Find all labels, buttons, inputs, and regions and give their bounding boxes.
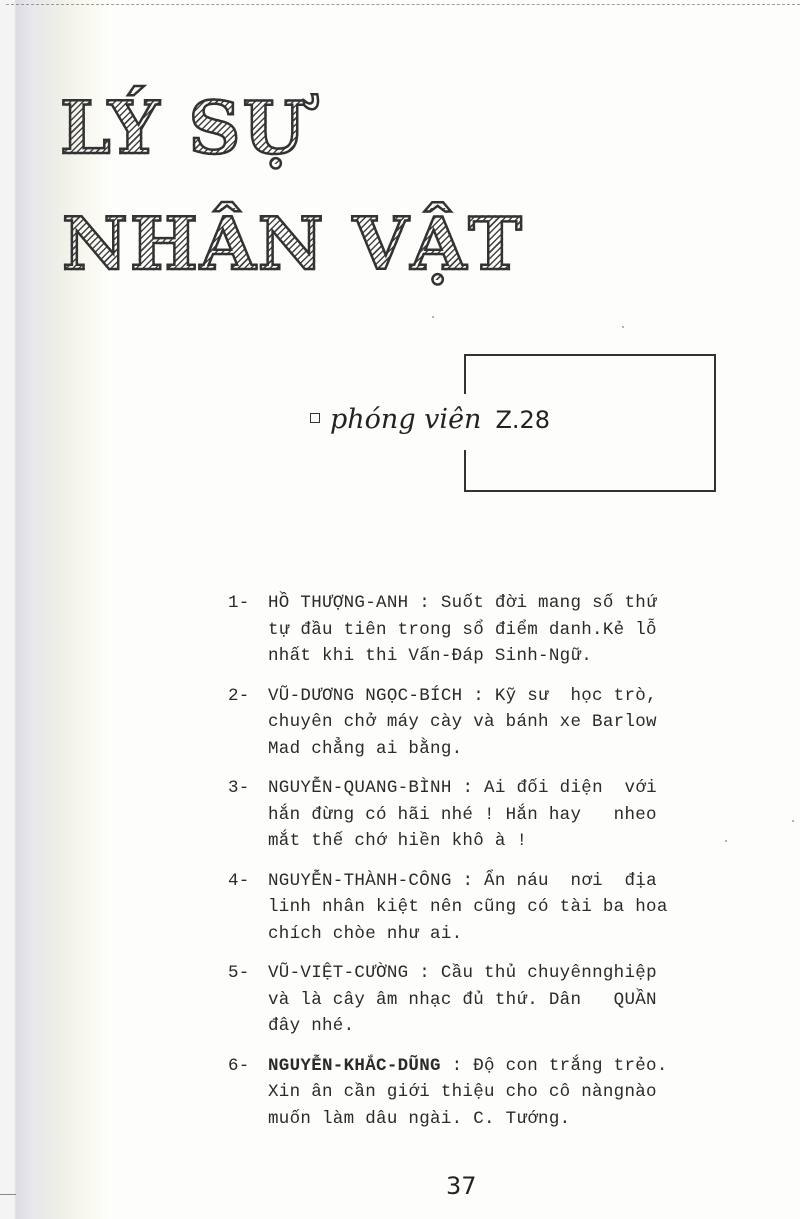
byline-box-left-edge-top [464,354,466,394]
entry-body: HỒ THƯỢNG-ANH : Suốt đời mang số thứtự đ… [268,590,788,670]
entry-line: hắn đừng có hãi nhé ! Hắn hay nheo [268,802,788,829]
entry-line: đây nhé. [268,1013,788,1040]
entry-line: Mad chẳng ai bằng. [268,736,788,763]
list-item: 1-HỒ THƯỢNG-ANH : Suốt đời mang số thứtự… [228,590,788,670]
list-item: 6-NGUYỄN-KHẮC-DŨNG : Độ con trắng trẻo.X… [228,1053,788,1133]
top-edge-rule [6,4,800,5]
entry-text: : Kỹ sư học trò, [462,686,656,706]
entry-number: 6- [228,1053,268,1133]
byline-code: Z.28 [495,406,550,434]
entry-line: NGUYỄN-QUANG-BÌNH : Ai đối diện với [268,775,788,802]
entry-text: : Cầu thủ chuyênnghiệp [408,963,656,983]
page-number: 37 [446,1172,477,1200]
entry-text: chích chòe như ai. [268,924,462,944]
entry-line: muốn làm dâu ngài. C. Tướng. [268,1106,788,1133]
entry-line: chuyên chở máy cày và bánh xe Barlow [268,709,788,736]
list-item: 2-VŨ-DƯƠNG NGỌC-BÍCH : Kỹ sư học trò,chu… [228,683,788,763]
entry-body: NGUYỄN-QUANG-BÌNH : Ai đối diện vớihắn đ… [268,775,788,855]
entry-line: NGUYỄN-THÀNH-CÔNG : Ẩn náu nơi địa [268,868,788,895]
entry-name: VŨ-VIỆT-CƯỜNG [268,963,408,983]
entry-line: linh nhân kiệt nên cũng có tài ba hoa [268,894,788,921]
entry-name: NGUYỄN-QUANG-BÌNH [268,778,452,798]
entry-text: : Ai đối diện với [452,778,657,798]
byline: phóng viênZ.28 [310,404,550,435]
scan-speck [725,840,727,842]
entry-line: và là cây âm nhạc đủ thứ. Dân QUẦN [268,987,788,1014]
entry-number: 5- [228,960,268,1040]
entry-text: chuyên chở máy cày và bánh xe Barlow [268,712,657,732]
entry-number: 1- [228,590,268,670]
title-line-2: NHÂN VẬT [62,208,524,280]
entry-line: VŨ-VIỆT-CƯỜNG : Cầu thủ chuyênnghiệp [268,960,788,987]
list-item: 3-NGUYỄN-QUANG-BÌNH : Ai đối diện vớihắn… [228,775,788,855]
scan-speck [622,326,624,328]
scan-speck [432,316,434,318]
entry-line: NGUYỄN-KHẮC-DŨNG : Độ con trắng trẻo. [268,1053,788,1080]
margin-tick [0,1194,16,1195]
entry-text: hắn đừng có hãi nhé ! Hắn hay nheo [268,805,657,825]
list-item: 4-NGUYỄN-THÀNH-CÔNG : Ẩn náu nơi địalinh… [228,868,788,948]
entry-text: : Suốt đời mang số thứ [408,593,656,613]
list-item: 5-VŨ-VIỆT-CƯỜNG : Cầu thủ chuyênnghiệpvà… [228,960,788,1040]
entry-body: NGUYỄN-THÀNH-CÔNG : Ẩn náu nơi địalinh n… [268,868,788,948]
entry-text: nhất khi thi Vấn-Đáp Sinh-Ngữ. [268,646,592,666]
entry-text: linh nhân kiệt nên cũng có tài ba hoa [268,897,668,917]
entry-line: nhất khi thi Vấn-Đáp Sinh-Ngữ. [268,643,788,670]
entry-text: đây nhé. [268,1016,354,1036]
title-line-1: LÝ SỰ [60,92,307,164]
byline-text: phóng viên [330,404,481,435]
entry-name: NGUYỄN-THÀNH-CÔNG [268,871,452,891]
scan-speck [792,820,794,822]
page-binding-shadow [0,0,110,1219]
entry-name: HỒ THƯỢNG-ANH [268,593,408,613]
entry-line: VŨ-DƯƠNG NGỌC-BÍCH : Kỹ sư học trò, [268,683,788,710]
entry-text: : Ẩn náu nơi địa [452,871,657,891]
entry-name: NGUYỄN-KHẮC-DŨNG [268,1056,441,1076]
entry-line: tự đầu tiên trong sổ điểm danh.Kẻ lỗ [268,617,788,644]
entry-line: Xin ân cần giới thiệu cho cô nàngnào [268,1079,788,1106]
entry-line: mắt thế chớ hiền khô à ! [268,828,788,855]
entry-line: chích chòe như ai. [268,921,788,948]
entry-body: NGUYỄN-KHẮC-DŨNG : Độ con trắng trẻo.Xin… [268,1053,788,1133]
entry-text: Mad chẳng ai bằng. [268,739,462,759]
entry-number: 4- [228,868,268,948]
entry-text: Xin ân cần giới thiệu cho cô nàngnào [268,1082,657,1102]
entry-text: và là cây âm nhạc đủ thứ. Dân QUẦN [268,990,657,1010]
entry-line: HỒ THƯỢNG-ANH : Suốt đời mang số thứ [268,590,788,617]
entry-body: VŨ-VIỆT-CƯỜNG : Cầu thủ chuyênnghiệpvà l… [268,960,788,1040]
square-bullet-icon [310,413,320,423]
entry-body: VŨ-DƯƠNG NGỌC-BÍCH : Kỹ sư học trò,chuyê… [268,683,788,763]
entry-text: tự đầu tiên trong sổ điểm danh.Kẻ lỗ [268,620,657,640]
entry-number: 2- [228,683,268,763]
entry-list: 1-HỒ THƯỢNG-ANH : Suốt đời mang số thứtự… [228,590,788,1145]
entry-number: 3- [228,775,268,855]
byline-box-left-edge-bottom [464,450,466,490]
entry-text: mắt thế chớ hiền khô à ! [268,831,527,851]
entry-text: muốn làm dâu ngài. C. Tướng. [268,1109,570,1129]
entry-text: : Độ con trắng trẻo. [441,1056,668,1076]
entry-name: VŨ-DƯƠNG NGỌC-BÍCH [268,686,462,706]
